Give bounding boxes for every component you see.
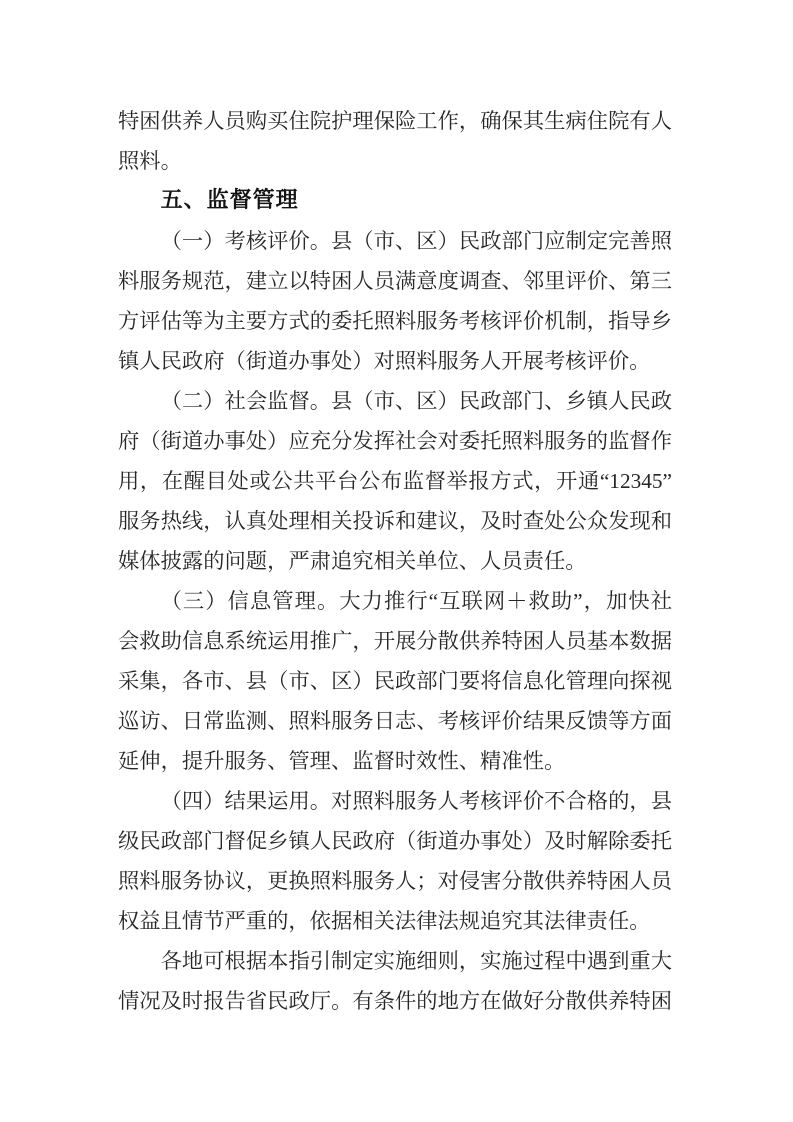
text-line: 巡访、日常监测、照料服务日志、考核评价结果反馈等方面 (118, 701, 672, 741)
document-page: 特困供养人员购买住院护理保险工作，确保其生病住院有人照料。五、监督管理（一）考核… (0, 0, 793, 1122)
text-line: 料服务规范，建立以特困人员满意度调查、邻里评价、第三 (118, 261, 672, 301)
text-line: 照料。 (118, 141, 672, 181)
paragraph-continuation: 特困供养人员购买住院护理保险工作，确保其生病住院有人照料。 (118, 101, 672, 181)
paragraph-2-social-supervision: （二）社会监督。县（市、区）民政部门、乡镇人民政府（街道办事处）应充分发挥社会对… (118, 381, 672, 581)
section-heading: 五、监督管理 (118, 181, 672, 221)
text-line: 用，在醒目处或公共平台公布监督举报方式，开通“12345” (118, 461, 672, 501)
text-line: 镇人民政府（街道办事处）对照料服务人开展考核评价。 (118, 341, 672, 381)
text-line: 照料服务协议，更换照料服务人；对侵害分散供养特困人员 (118, 861, 672, 901)
text-line: （一）考核评价。县（市、区）民政部门应制定完善照 (118, 221, 672, 261)
paragraph-1-assessment: （一）考核评价。县（市、区）民政部门应制定完善照料服务规范，建立以特困人员满意度… (118, 221, 672, 381)
text-line: 府（街道办事处）应充分发挥社会对委托照料服务的监督作 (118, 421, 672, 461)
text-line: 服务热线，认真处理相关投诉和建议，及时查处公众发现和 (118, 501, 672, 541)
text-line: 采集，各市、县（市、区）民政部门要将信息化管理向探视 (118, 661, 672, 701)
paragraph-5-closing: 各地可根据本指引制定实施细则，实施过程中遇到重大情况及时报告省民政厅。有条件的地… (118, 941, 672, 1021)
section-heading: 五、监督管理 (118, 181, 672, 221)
text-line: 权益且情节严重的，依据相关法律法规追究其法律责任。 (118, 901, 672, 941)
text-line: （二）社会监督。县（市、区）民政部门、乡镇人民政 (118, 381, 672, 421)
text-line: 媒体披露的问题，严肃追究相关单位、人员责任。 (118, 541, 672, 581)
text-line: 会救助信息系统运用推广，开展分散供养特困人员基本数据 (118, 621, 672, 661)
text-line: 各地可根据本指引制定实施细则，实施过程中遇到重大 (118, 941, 672, 981)
document-text-block: 特困供养人员购买住院护理保险工作，确保其生病住院有人照料。五、监督管理（一）考核… (118, 101, 672, 1021)
text-line: 延伸，提升服务、管理、监督时效性、精准性。 (118, 741, 672, 781)
paragraph-4-result-application: （四）结果运用。对照料服务人考核评价不合格的，县级民政部门督促乡镇人民政府（街道… (118, 781, 672, 941)
text-line: （四）结果运用。对照料服务人考核评价不合格的，县 (118, 781, 672, 821)
text-line: 方评估等为主要方式的委托照料服务考核评价机制，指导乡 (118, 301, 672, 341)
text-line: 情况及时报告省民政厅。有条件的地方在做好分散供养特困 (118, 981, 672, 1021)
paragraph-3-information-management: （三）信息管理。大力推行“互联网＋救助”，加快社会救助信息系统运用推广，开展分散… (118, 581, 672, 781)
text-line: 级民政部门督促乡镇人民政府（街道办事处）及时解除委托 (118, 821, 672, 861)
text-line: 特困供养人员购买住院护理保险工作，确保其生病住院有人 (118, 101, 672, 141)
text-line: （三）信息管理。大力推行“互联网＋救助”，加快社 (118, 581, 672, 621)
